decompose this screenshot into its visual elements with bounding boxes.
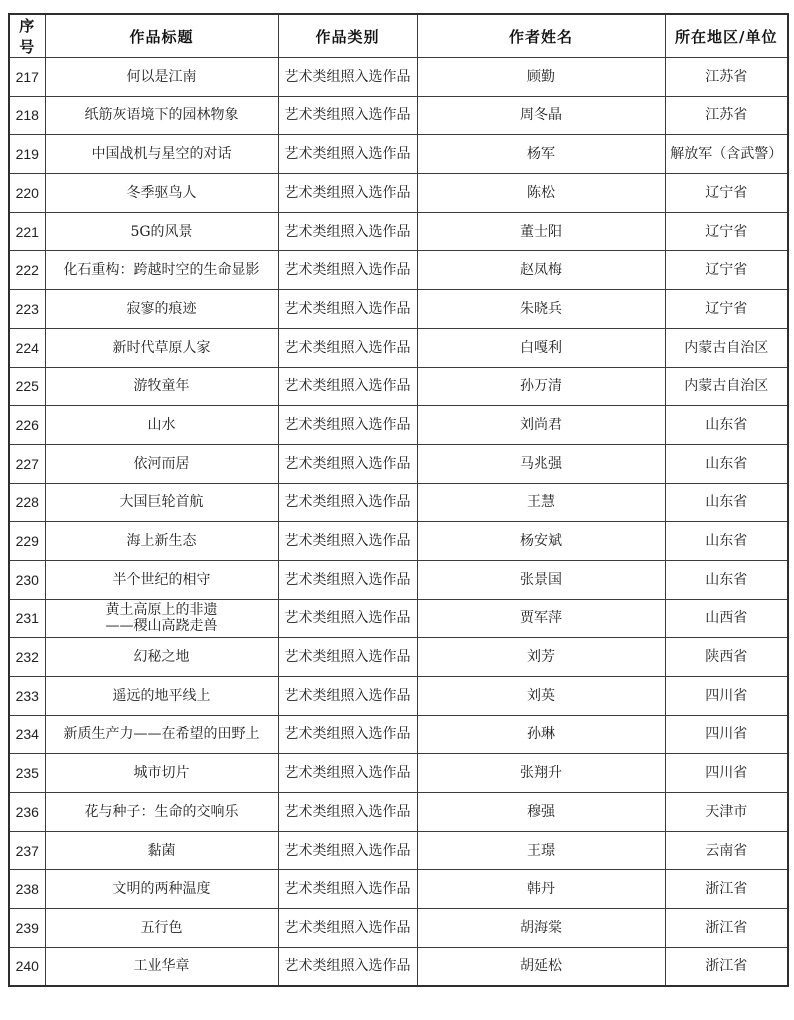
row-serial-number: 236 [9,793,45,832]
table-row: 236花与种子：生命的交响乐艺术类组照入选作品穆强天津市 [9,793,788,832]
table-row: 224新时代草原人家艺术类组照入选作品白嘎利内蒙古自治区 [9,328,788,367]
region-unit-cell: 山东省 [665,522,788,561]
author-name-cell: 杨安斌 [417,522,665,561]
table-row: 233遥远的地平线上艺术类组照入选作品刘英四川省 [9,677,788,716]
work-category-cell: 艺术类组照入选作品 [278,715,417,754]
row-serial-number: 238 [9,870,45,909]
author-name-cell: 顾勤 [417,58,665,97]
work-title-cell: 幻秘之地 [45,638,278,677]
region-unit-cell: 山东省 [665,560,788,599]
author-name-cell: 刘英 [417,677,665,716]
work-title-cell: 五行色 [45,909,278,948]
author-name-cell: 王慧 [417,483,665,522]
works-table: 序号 作品标题 作品类别 作者姓名 所在地区/单位 217何以是江南艺术类组照入… [8,13,789,987]
author-name-cell: 孙琳 [417,715,665,754]
row-serial-number: 240 [9,947,45,986]
row-serial-number: 219 [9,135,45,174]
region-unit-cell: 浙江省 [665,909,788,948]
region-unit-cell: 辽宁省 [665,174,788,213]
author-name-cell: 周冬晶 [417,96,665,135]
table-row: 225游牧童年艺术类组照入选作品孙万清内蒙古自治区 [9,367,788,406]
work-title-cell: 工业华章 [45,947,278,986]
author-name-cell: 董士阳 [417,212,665,251]
row-serial-number: 220 [9,174,45,213]
table-row: 2215G的风景艺术类组照入选作品董士阳辽宁省 [9,212,788,251]
table-row: 239五行色艺术类组照入选作品胡海棠浙江省 [9,909,788,948]
row-serial-number: 234 [9,715,45,754]
work-category-cell: 艺术类组照入选作品 [278,638,417,677]
region-unit-cell: 云南省 [665,831,788,870]
author-name-cell: 刘尚君 [417,406,665,445]
table-row: 226山水艺术类组照入选作品刘尚君山东省 [9,406,788,445]
region-unit-cell: 山东省 [665,483,788,522]
table-row: 234新质生产力——在希望的田野上艺术类组照入选作品孙琳四川省 [9,715,788,754]
region-unit-cell: 辽宁省 [665,251,788,290]
table-row: 223寂寥的痕迹艺术类组照入选作品朱晓兵辽宁省 [9,290,788,329]
table-row: 218纸筋灰语境下的园林物象艺术类组照入选作品周冬晶江苏省 [9,96,788,135]
work-title-cell: 依河而居 [45,444,278,483]
author-name-cell: 赵凤梅 [417,251,665,290]
row-serial-number: 218 [9,96,45,135]
region-unit-cell: 内蒙古自治区 [665,367,788,406]
row-serial-number: 229 [9,522,45,561]
row-serial-number: 217 [9,58,45,97]
header-region-unit: 所在地区/单位 [665,14,788,58]
work-category-cell: 艺术类组照入选作品 [278,174,417,213]
work-category-cell: 艺术类组照入选作品 [278,251,417,290]
author-name-cell: 孙万清 [417,367,665,406]
author-name-cell: 杨军 [417,135,665,174]
header-work-category: 作品类别 [278,14,417,58]
author-name-cell: 贾军萍 [417,599,665,638]
region-unit-cell: 辽宁省 [665,290,788,329]
table-row: 238文明的两种温度艺术类组照入选作品韩丹浙江省 [9,870,788,909]
header-work-title: 作品标题 [45,14,278,58]
region-unit-cell: 江苏省 [665,58,788,97]
row-serial-number: 223 [9,290,45,329]
table-row: 237黏菌艺术类组照入选作品王璟云南省 [9,831,788,870]
work-category-cell: 艺术类组照入选作品 [278,754,417,793]
table-row: 227依河而居艺术类组照入选作品马兆强山东省 [9,444,788,483]
work-title-cell: 花与种子：生命的交响乐 [45,793,278,832]
author-name-cell: 胡海棠 [417,909,665,948]
region-unit-cell: 江苏省 [665,96,788,135]
work-category-cell: 艺术类组照入选作品 [278,677,417,716]
region-unit-cell: 天津市 [665,793,788,832]
region-unit-cell: 辽宁省 [665,212,788,251]
table-row: 219中国战机与星空的对话艺术类组照入选作品杨军解放军（含武警） [9,135,788,174]
region-unit-cell: 四川省 [665,715,788,754]
work-title-cell: 新质生产力——在希望的田野上 [45,715,278,754]
row-serial-number: 230 [9,560,45,599]
work-title-cell: 海上新生态 [45,522,278,561]
work-category-cell: 艺术类组照入选作品 [278,328,417,367]
work-category-cell: 艺术类组照入选作品 [278,367,417,406]
document-page: 序号 作品标题 作品类别 作者姓名 所在地区/单位 217何以是江南艺术类组照入… [0,0,794,1020]
work-category-cell: 艺术类组照入选作品 [278,793,417,832]
work-title-cell: 城市切片 [45,754,278,793]
author-name-cell: 张翔升 [417,754,665,793]
work-title-cell: 中国战机与星空的对话 [45,135,278,174]
author-name-cell: 王璟 [417,831,665,870]
author-name-cell: 刘芳 [417,638,665,677]
row-serial-number: 222 [9,251,45,290]
region-unit-cell: 山东省 [665,406,788,445]
row-serial-number: 224 [9,328,45,367]
author-name-cell: 朱晓兵 [417,290,665,329]
work-category-cell: 艺术类组照入选作品 [278,909,417,948]
row-serial-number: 228 [9,483,45,522]
table-row: 228大国巨轮首航艺术类组照入选作品王慧山东省 [9,483,788,522]
region-unit-cell: 浙江省 [665,947,788,986]
table-row: 240工业华章艺术类组照入选作品胡延松浙江省 [9,947,788,986]
work-category-cell: 艺术类组照入选作品 [278,96,417,135]
author-name-cell: 白嘎利 [417,328,665,367]
region-unit-cell: 四川省 [665,677,788,716]
work-category-cell: 艺术类组照入选作品 [278,831,417,870]
work-category-cell: 艺术类组照入选作品 [278,870,417,909]
table-row: 222化石重构：跨越时空的生命显影艺术类组照入选作品赵凤梅辽宁省 [9,251,788,290]
region-unit-cell: 山东省 [665,444,788,483]
work-category-cell: 艺术类组照入选作品 [278,560,417,599]
header-serial-number: 序号 [9,14,45,58]
work-title-cell: 冬季驱鸟人 [45,174,278,213]
table-row: 220冬季驱鸟人艺术类组照入选作品陈松辽宁省 [9,174,788,213]
work-category-cell: 艺术类组照入选作品 [278,599,417,638]
work-title-cell: 纸筋灰语境下的园林物象 [45,96,278,135]
row-serial-number: 232 [9,638,45,677]
work-title-cell: 5G的风景 [45,212,278,251]
table-header: 序号 作品标题 作品类别 作者姓名 所在地区/单位 [9,14,788,58]
work-title-cell: 何以是江南 [45,58,278,97]
table-row: 217何以是江南艺术类组照入选作品顾勤江苏省 [9,58,788,97]
work-category-cell: 艺术类组照入选作品 [278,212,417,251]
work-title-cell: 半个世纪的相守 [45,560,278,599]
work-title-cell: 黏菌 [45,831,278,870]
work-category-cell: 艺术类组照入选作品 [278,522,417,561]
work-category-cell: 艺术类组照入选作品 [278,444,417,483]
author-name-cell: 韩丹 [417,870,665,909]
row-serial-number: 226 [9,406,45,445]
region-unit-cell: 浙江省 [665,870,788,909]
work-title-cell: 游牧童年 [45,367,278,406]
row-serial-number: 239 [9,909,45,948]
work-title-cell: 寂寥的痕迹 [45,290,278,329]
work-category-cell: 艺术类组照入选作品 [278,135,417,174]
table-row: 232幻秘之地艺术类组照入选作品刘芳陕西省 [9,638,788,677]
header-row: 序号 作品标题 作品类别 作者姓名 所在地区/单位 [9,14,788,58]
work-title-cell: 山水 [45,406,278,445]
row-serial-number: 237 [9,831,45,870]
table-row: 230半个世纪的相守艺术类组照入选作品张景国山东省 [9,560,788,599]
table-body: 217何以是江南艺术类组照入选作品顾勤江苏省218纸筋灰语境下的园林物象艺术类组… [9,58,788,987]
work-title-cell: 黄土高原上的非遗 ——稷山高跷走兽 [45,599,278,638]
region-unit-cell: 内蒙古自治区 [665,328,788,367]
region-unit-cell: 解放军（含武警） [665,135,788,174]
work-title-cell: 新时代草原人家 [45,328,278,367]
work-category-cell: 艺术类组照入选作品 [278,483,417,522]
work-title-cell: 文明的两种温度 [45,870,278,909]
table-row: 231黄土高原上的非遗 ——稷山高跷走兽艺术类组照入选作品贾军萍山西省 [9,599,788,638]
row-serial-number: 235 [9,754,45,793]
work-category-cell: 艺术类组照入选作品 [278,406,417,445]
work-title-cell: 大国巨轮首航 [45,483,278,522]
work-title-cell: 遥远的地平线上 [45,677,278,716]
row-serial-number: 227 [9,444,45,483]
author-name-cell: 马兆强 [417,444,665,483]
author-name-cell: 胡延松 [417,947,665,986]
region-unit-cell: 四川省 [665,754,788,793]
table-row: 235城市切片艺术类组照入选作品张翔升四川省 [9,754,788,793]
row-serial-number: 233 [9,677,45,716]
table-row: 229海上新生态艺术类组照入选作品杨安斌山东省 [9,522,788,561]
author-name-cell: 张景国 [417,560,665,599]
region-unit-cell: 山西省 [665,599,788,638]
work-category-cell: 艺术类组照入选作品 [278,947,417,986]
author-name-cell: 穆强 [417,793,665,832]
row-serial-number: 231 [9,599,45,638]
author-name-cell: 陈松 [417,174,665,213]
work-category-cell: 艺术类组照入选作品 [278,290,417,329]
work-title-cell: 化石重构：跨越时空的生命显影 [45,251,278,290]
header-author-name: 作者姓名 [417,14,665,58]
row-serial-number: 221 [9,212,45,251]
row-serial-number: 225 [9,367,45,406]
work-category-cell: 艺术类组照入选作品 [278,58,417,97]
region-unit-cell: 陕西省 [665,638,788,677]
